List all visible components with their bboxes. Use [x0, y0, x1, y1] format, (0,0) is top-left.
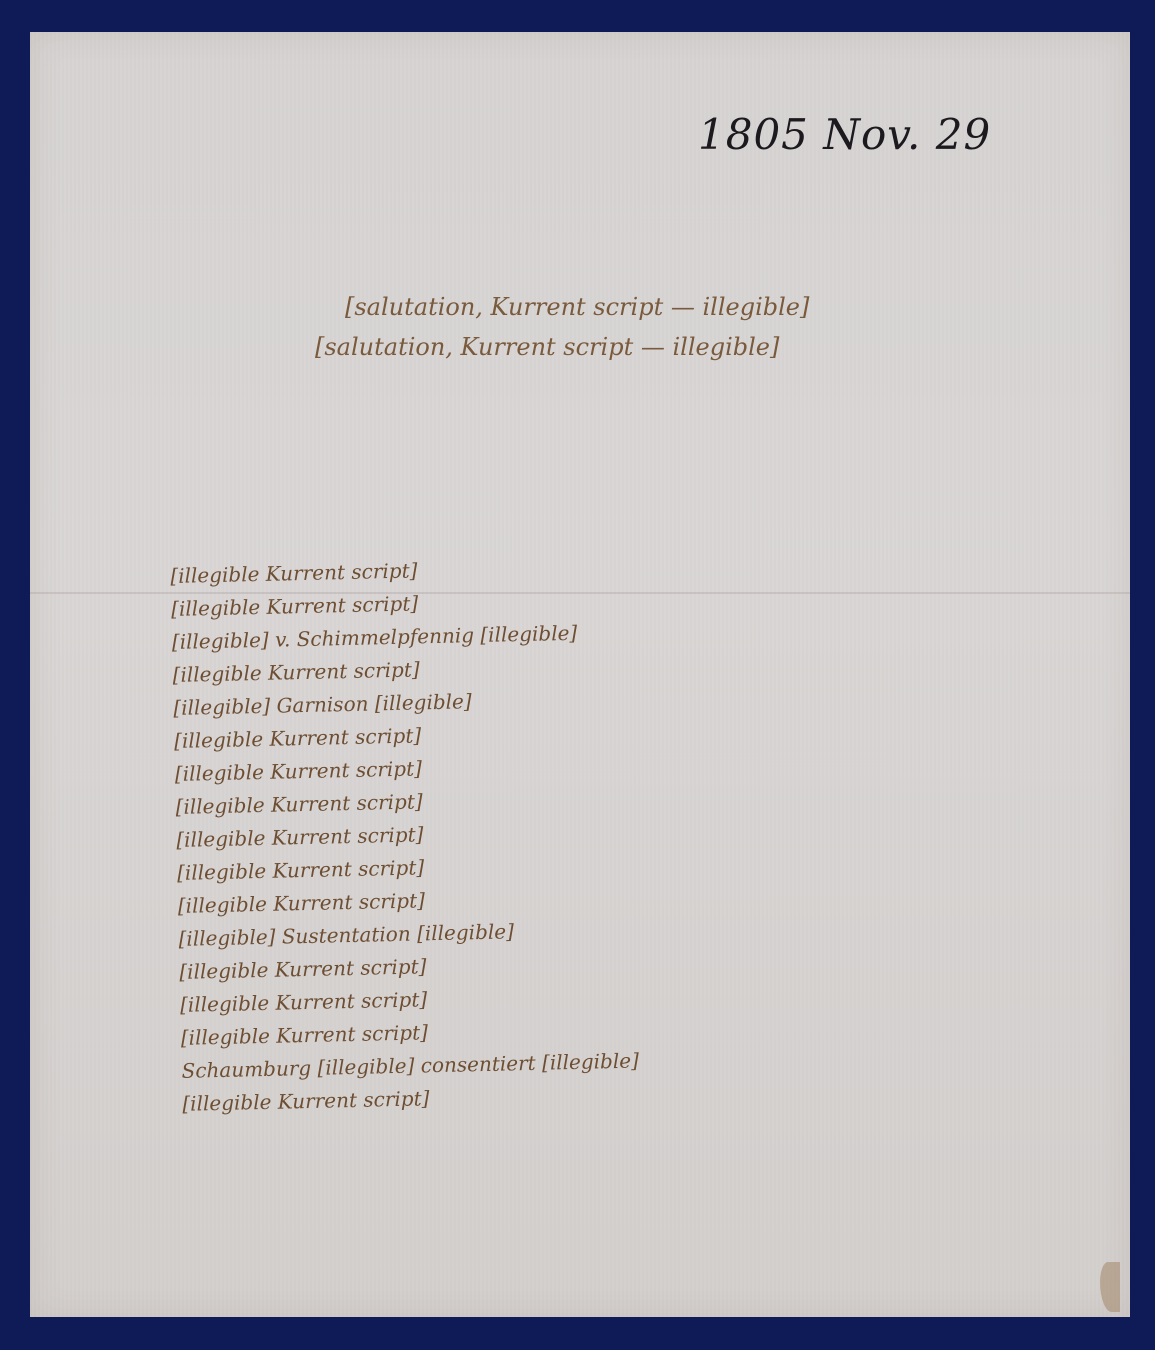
salutation-line-2: [salutation, Kurrent script — illegible]	[315, 327, 809, 367]
paper-damage	[1100, 1262, 1120, 1312]
salutation: [salutation, Kurrent script — illegible]…	[315, 287, 809, 367]
letter-date: 1805 Nov. 29	[698, 110, 991, 159]
salutation-line-1: [salutation, Kurrent script — illegible]	[315, 287, 809, 327]
letter-sheet: 1805 Nov. 29 [salutation, Kurrent script…	[30, 32, 1130, 1317]
letter-body: [illegible Kurrent script] [illegible Ku…	[170, 538, 1155, 1121]
